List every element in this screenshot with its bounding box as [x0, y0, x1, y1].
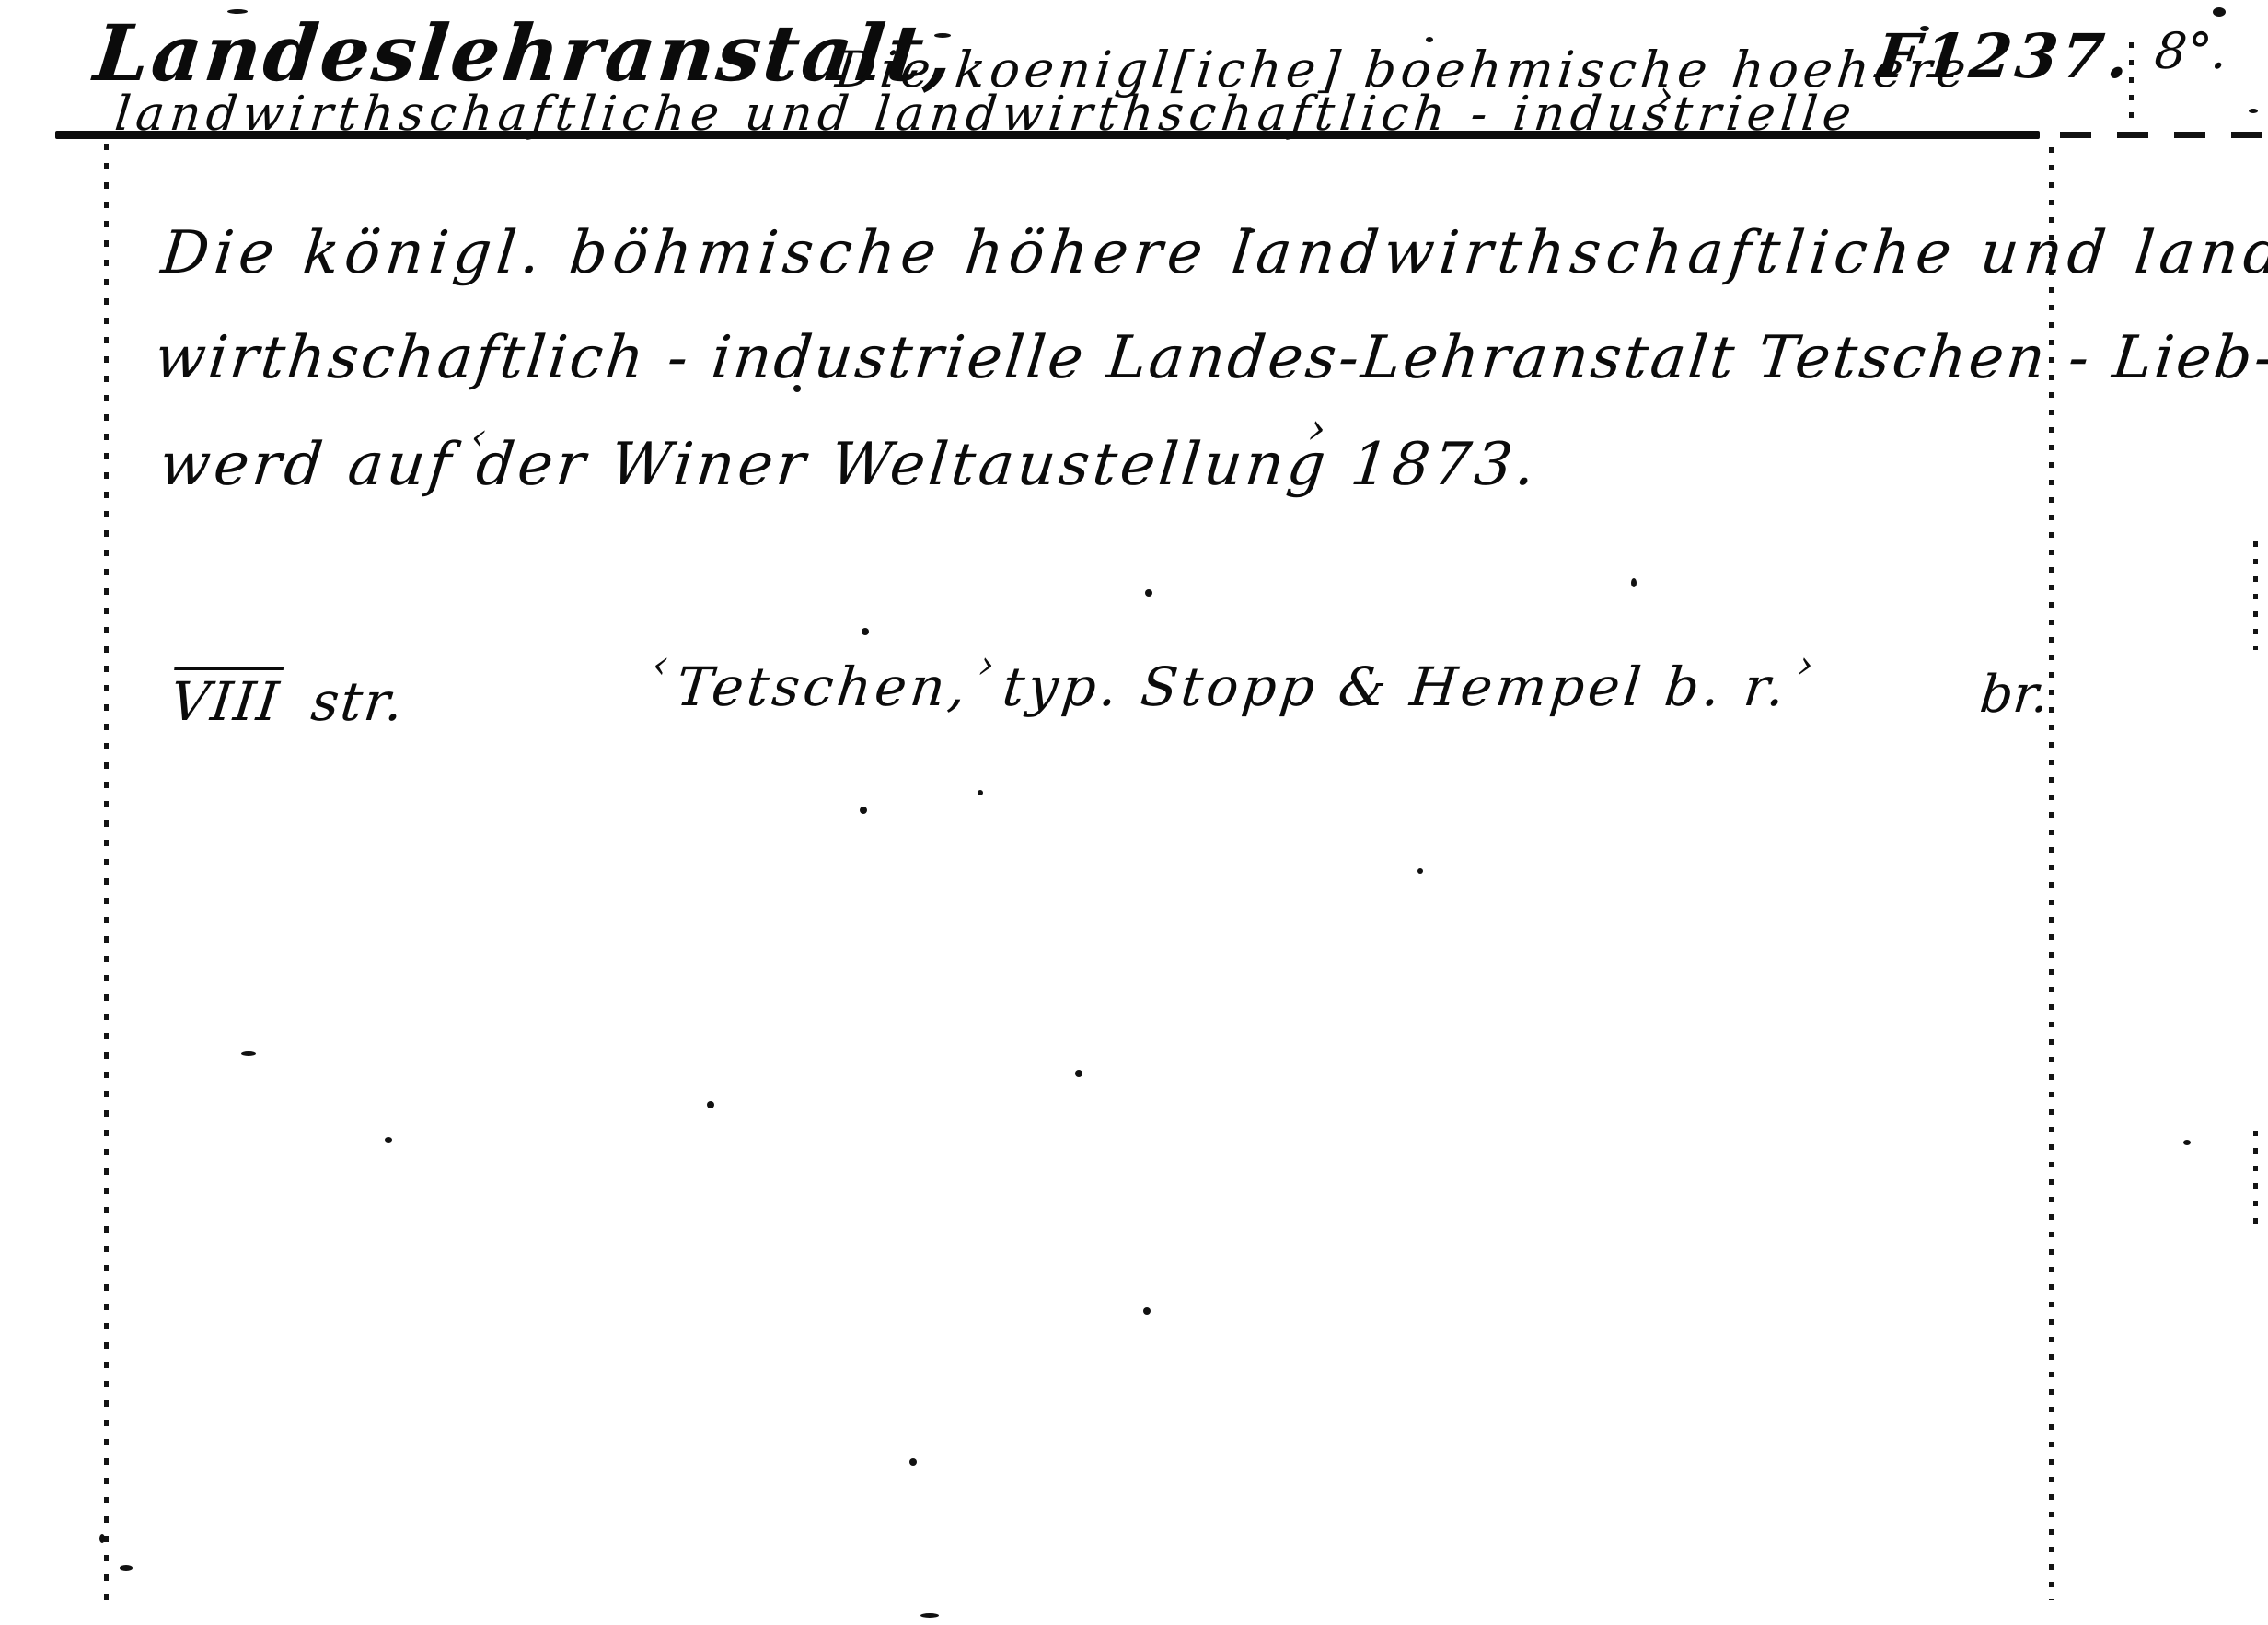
- ink-speck: [1426, 37, 1433, 42]
- ink-speck: [860, 807, 867, 814]
- ink-speck: [2183, 1140, 2191, 1145]
- ink-speck: [1145, 589, 1152, 597]
- ink-speck: [1631, 578, 1637, 587]
- ink-speck: [2249, 109, 2258, 113]
- collation-extent: VIII str.: [168, 670, 408, 733]
- left-dotted-border: [104, 144, 109, 1604]
- format-mark: 8°.: [2152, 22, 2230, 80]
- body-line-2: wirthschaftlich - industrielle Landes-Le…: [152, 324, 2268, 392]
- ink-speck: [1244, 228, 1255, 233]
- body-line-3: werd auf der Winer Weltaustellung 1873.: [156, 431, 1542, 499]
- heading-main: Landeslehranstalt,: [90, 7, 960, 99]
- ink-speck: [934, 33, 951, 38]
- ink-speck: [1075, 1070, 1082, 1077]
- ink-speck: [793, 385, 801, 392]
- extent-unit: str.: [308, 670, 408, 733]
- ink-speck: [1417, 868, 1423, 874]
- ink-speck: [862, 628, 869, 635]
- catalog-card: Landeslehranstalt, Die koenigl[iche] boe…: [0, 0, 2268, 1625]
- imprint-line: ‹Tetschen,›typ. Stopp & Hempel b. r.›: [640, 656, 1825, 718]
- ink-speck: [978, 790, 983, 795]
- ink-speck: [120, 1565, 133, 1571]
- imprint-place: Tetschen,: [674, 656, 973, 718]
- insertion-close-mark: ›: [977, 642, 1001, 687]
- binding-note: br.: [1977, 665, 2052, 725]
- right-edge-dots-upper: [2253, 541, 2258, 650]
- imprint-publisher: typ. Stopp & Hempel b. r.: [1000, 656, 1791, 718]
- ink-speck: [227, 9, 248, 14]
- ink-speck: [385, 1137, 392, 1143]
- insertion-open-mark: ‹: [651, 642, 675, 687]
- ink-speck: [707, 1101, 714, 1108]
- ink-speck: [99, 1534, 105, 1543]
- ink-speck: [241, 1051, 256, 1056]
- ink-speck: [1920, 26, 1929, 31]
- shelfmark: F1237.: [1873, 20, 2136, 92]
- shelfmark-format-divider: [2129, 42, 2134, 129]
- body-line-1: Die königl. böhmische höhere landwirthsc…: [158, 219, 2268, 287]
- header-rule: [55, 131, 2040, 139]
- ink-speck: [909, 1458, 917, 1466]
- header-rule-dashes: [2060, 132, 2264, 138]
- ink-speck: [2213, 7, 2226, 17]
- ink-speck: [1143, 1307, 1151, 1315]
- extent-roman-numeral: VIII: [168, 670, 283, 733]
- right-edge-dots-lower: [2253, 1131, 2258, 1230]
- insertion-end-mark-imprint: ›: [1796, 642, 1820, 687]
- ink-speck: [920, 1613, 939, 1618]
